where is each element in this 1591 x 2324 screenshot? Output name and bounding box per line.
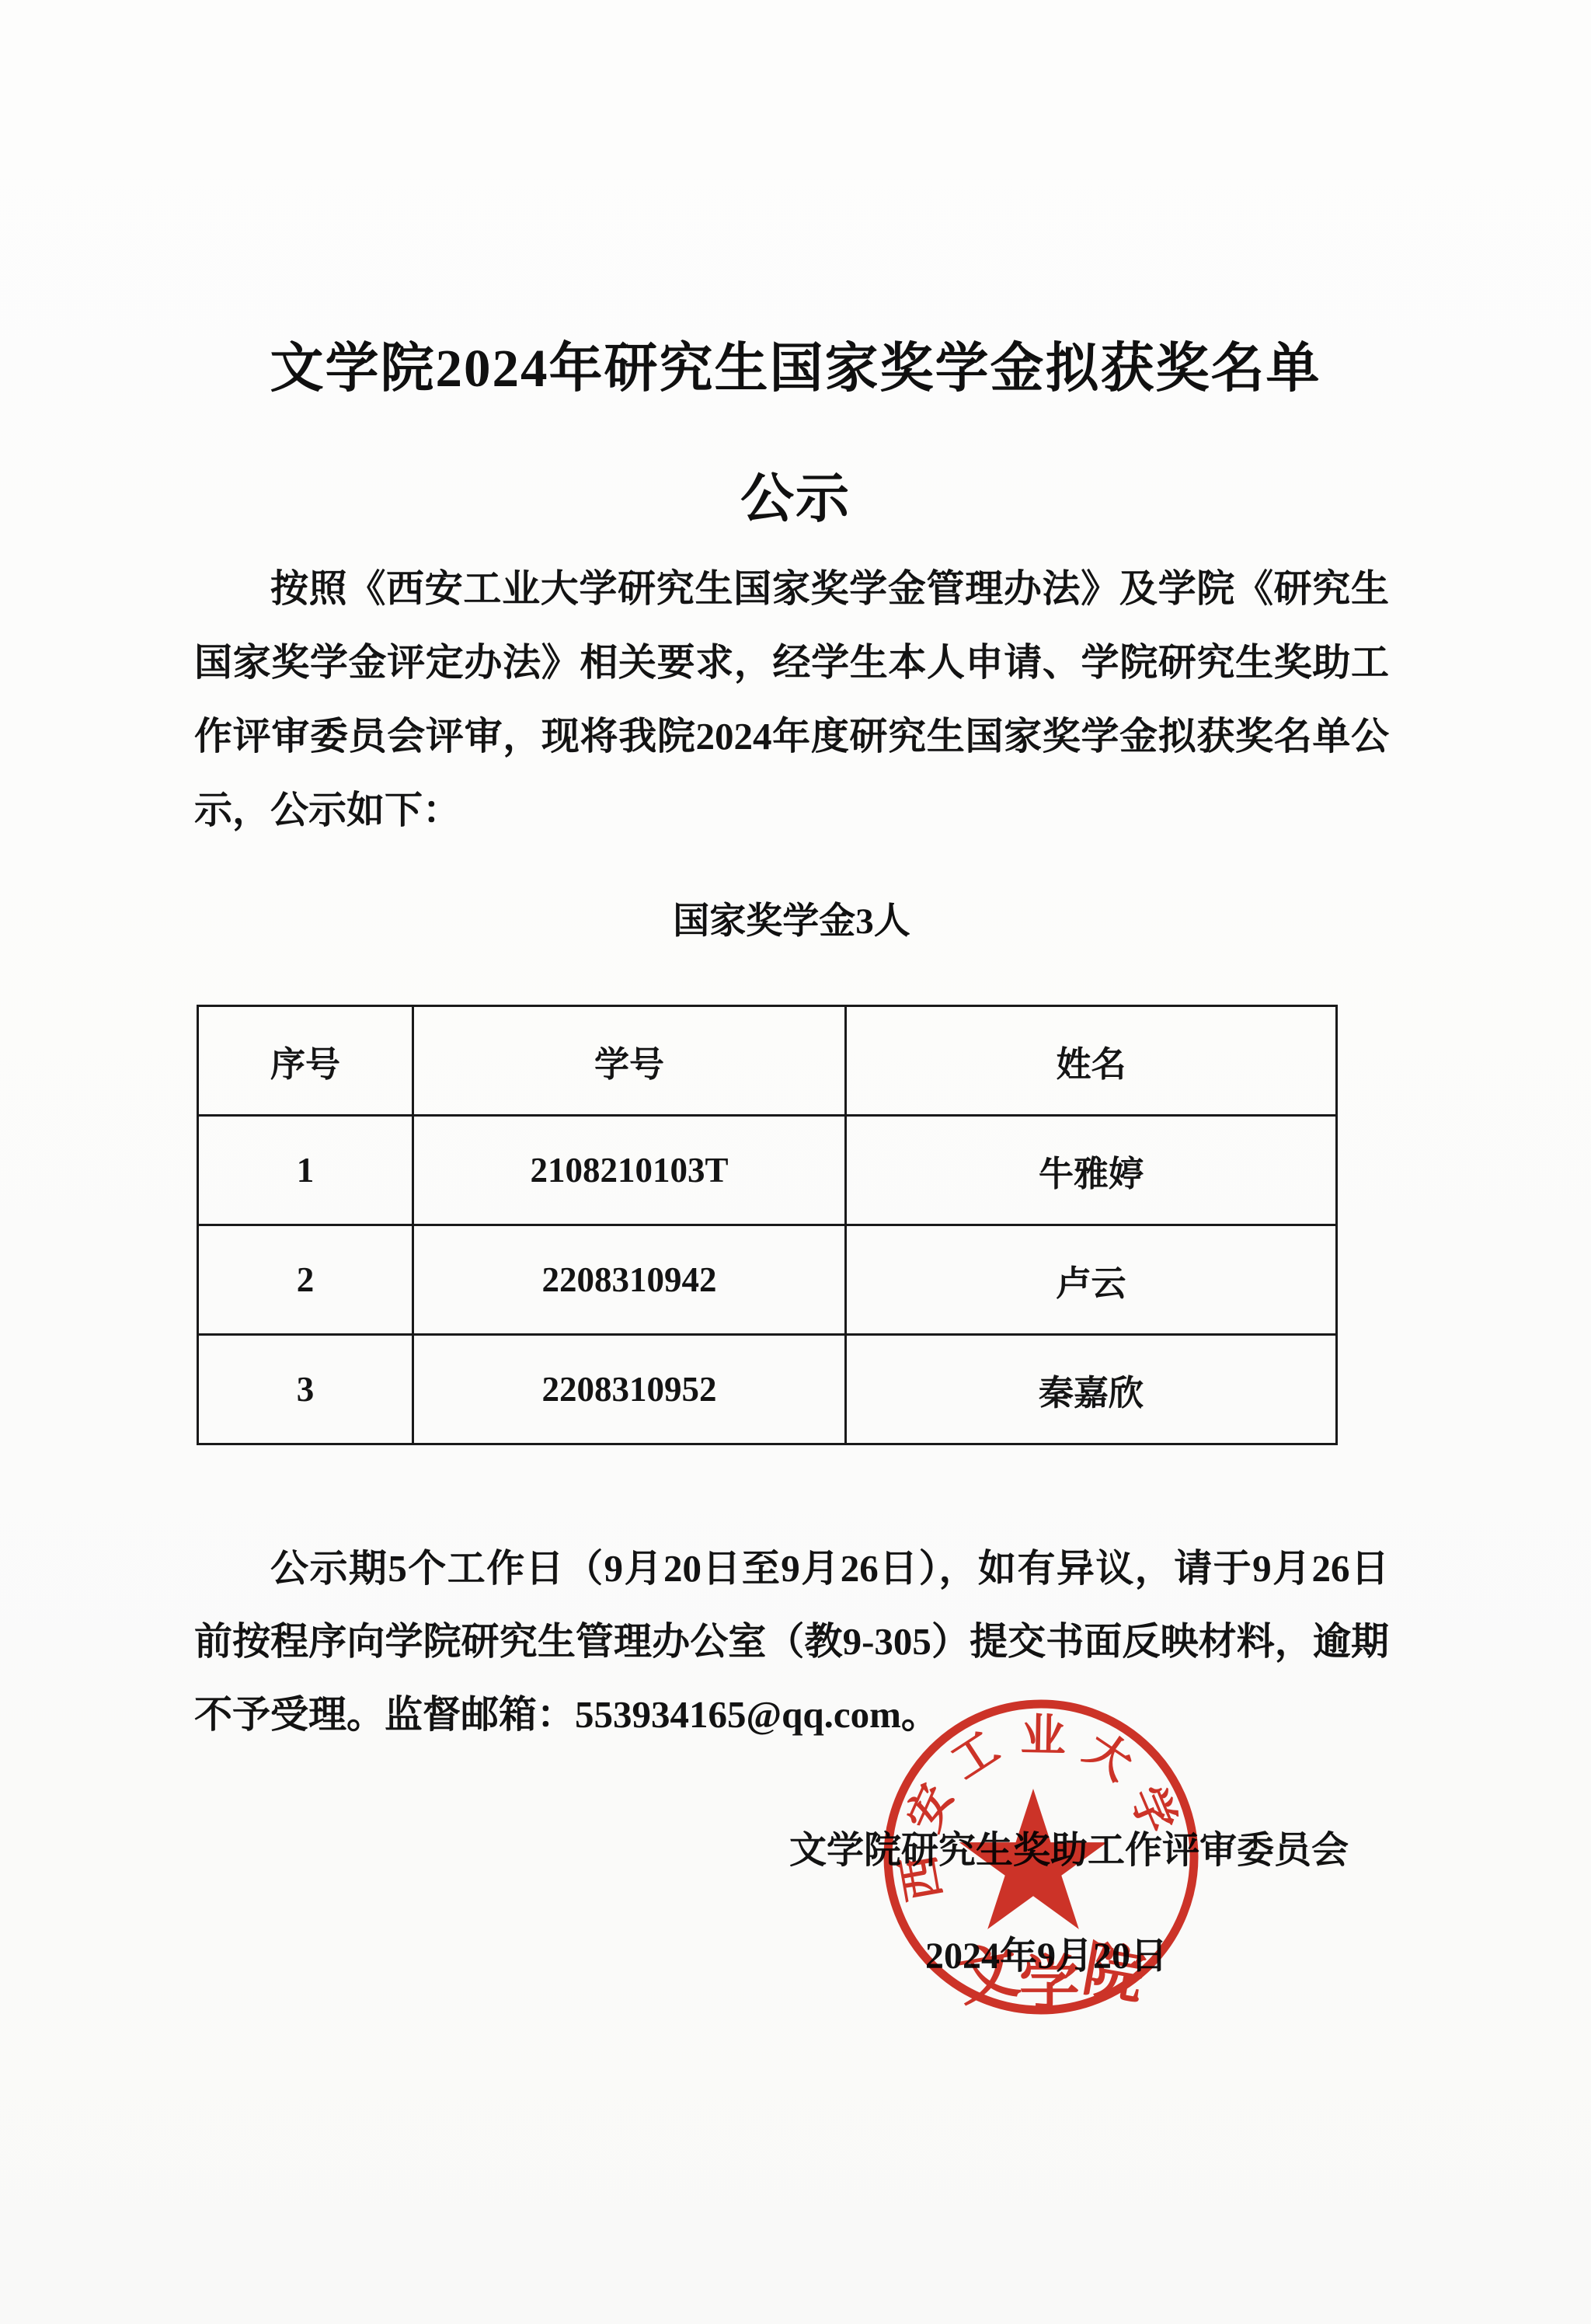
table-row: 1 2108210103T 牛雅婷 <box>198 1116 1337 1225</box>
cell-serial: 3 <box>198 1335 413 1444</box>
cell-serial: 1 <box>198 1116 413 1225</box>
page-title-line1: 文学院2024年研究生国家奖学金拟获奖名单 <box>0 325 1591 402</box>
svg-text:业: 业 <box>1020 1710 1066 1761</box>
university-seal-stamp: 西 安 工 业 大 学 文 学 院 <box>878 1694 1204 2020</box>
cell-name: 秦嘉欣 <box>846 1335 1337 1444</box>
intro-paragraph: 按照《西安工业大学研究生国家奖学金管理办法》及学院《研究生国家奖学金评定办法》相… <box>194 552 1389 847</box>
svg-text:学: 学 <box>1019 1950 1080 2018</box>
notice-paragraph: 公示期5个工作日（9月20日至9月26日），如有异议，请于9月26日前按程序向学… <box>194 1532 1389 1751</box>
award-count-caption: 国家奖学金3人 <box>194 892 1389 944</box>
table-row: 3 2208310952 秦嘉欣 <box>198 1335 1337 1444</box>
cell-name: 牛雅婷 <box>846 1116 1337 1225</box>
cell-student-id: 2208310942 <box>413 1225 846 1335</box>
cell-name: 卢云 <box>846 1225 1337 1335</box>
page-title-line2: 公示 <box>0 455 1591 532</box>
svg-text:文: 文 <box>952 1936 1024 2013</box>
table-row: 2 2208310942 卢云 <box>198 1225 1337 1335</box>
cell-student-id: 2208310952 <box>413 1335 846 1444</box>
svg-text:西: 西 <box>893 1852 950 1904</box>
header-name: 姓名 <box>846 1006 1337 1116</box>
header-student-id: 学号 <box>413 1006 846 1116</box>
award-table: 序号 学号 姓名 1 2108210103T 牛雅婷 2 2208310942 … <box>197 1005 1338 1445</box>
seal-star-icon <box>959 1789 1107 1929</box>
cell-student-id: 2108210103T <box>413 1116 846 1225</box>
seal-bottom-text: 文 学 院 <box>952 1935 1149 2018</box>
header-serial: 序号 <box>198 1006 413 1116</box>
svg-text:院: 院 <box>1078 1935 1150 2012</box>
cell-serial: 2 <box>198 1225 413 1335</box>
scanned-announcement-page: 文学院2024年研究生国家奖学金拟获奖名单 公示 按照《西安工业大学研究生国家奖… <box>0 0 1591 2324</box>
table-header-row: 序号 学号 姓名 <box>198 1006 1337 1116</box>
